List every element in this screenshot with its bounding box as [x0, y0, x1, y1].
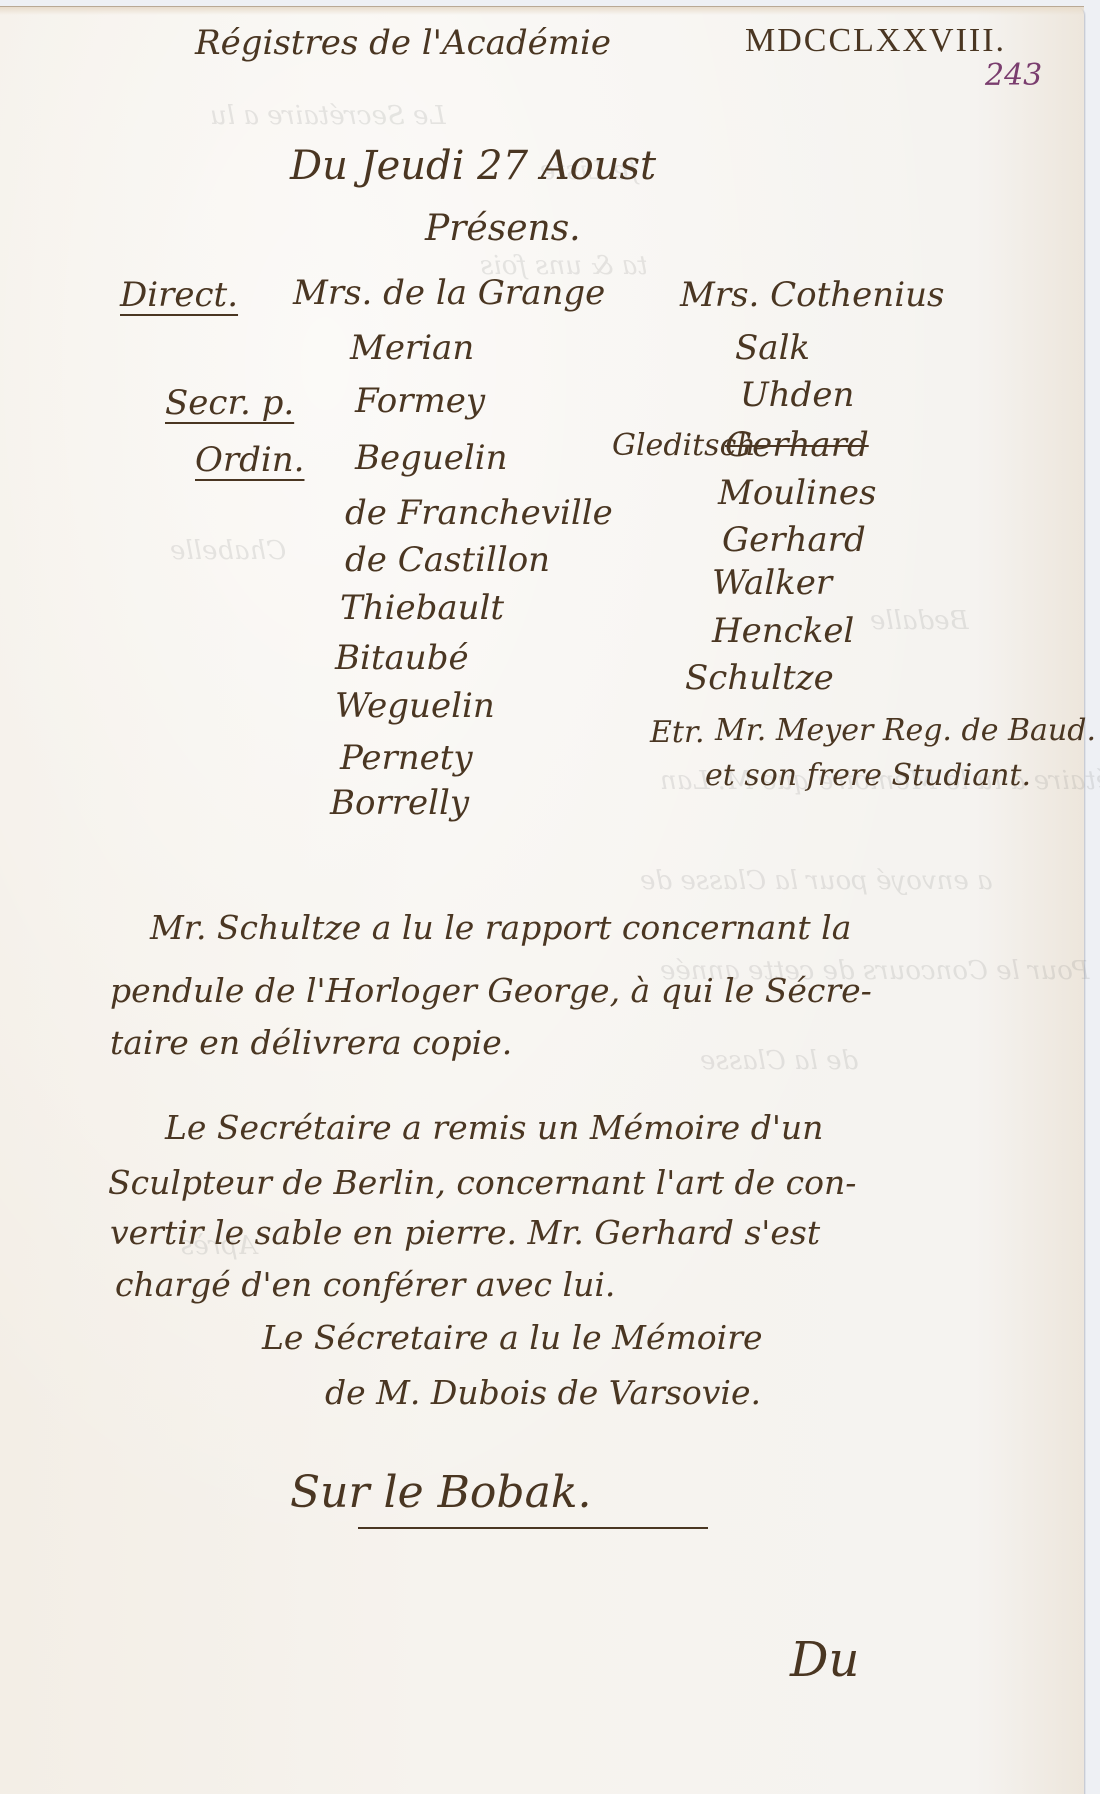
bleed-through-text: Le Secrétaire a lu — [210, 101, 446, 131]
role-label-ordinary: Ordin. — [195, 443, 304, 477]
subject-underline — [358, 1527, 708, 1529]
member-name: Formey — [355, 384, 485, 418]
subject-heading: Sur le Bobak. — [290, 1471, 591, 1515]
member-name: Bitaubé — [335, 641, 469, 675]
member-name: Thiebault — [340, 591, 504, 625]
member-name: Moulines — [718, 476, 876, 510]
guests-line-1: Mr. Meyer Reg. de Baud. — [715, 716, 1096, 746]
minute-2-line-1: Le Secrétaire a remis un Mémoire d'un — [165, 1111, 823, 1144]
member-name: Mrs. Cothenius — [680, 278, 944, 312]
register-title: Régistres de l'Académie — [195, 26, 611, 60]
member-name: Salk — [735, 331, 810, 365]
member-name: Borrelly — [330, 786, 469, 820]
member-name: Weguelin — [335, 689, 495, 723]
member-name: de Castillon — [345, 543, 550, 577]
catchword: Du — [790, 1636, 859, 1684]
folio-number: 243 — [985, 61, 1042, 91]
member-name: Merian — [350, 331, 474, 365]
role-label-director: Direct. — [120, 278, 238, 312]
role-label-secretary: Secr. p. — [165, 386, 294, 420]
session-date: Du Jeudi 27 Aoust — [290, 146, 656, 186]
minute-1-line-1: Mr. Schultze a lu le rapport concernant … — [150, 911, 851, 944]
minute-3-line-1: Le Sécretaire a lu le Mémoire — [262, 1321, 763, 1354]
member-name: Walker — [712, 566, 832, 600]
guests-label: Etr. — [650, 718, 705, 748]
member-name: Mrs. de la Grange — [293, 276, 605, 310]
member-name: Pernety — [340, 741, 473, 775]
bleed-through-text: de la Classe — [700, 1046, 858, 1076]
bleed-through-text: a envoyé pour la Classe de — [640, 866, 992, 896]
minute-1-line-2: pendule de l'Horloger George, à qui le S… — [110, 974, 872, 1007]
guests-line-2: et son frere Studiant. — [705, 761, 1031, 791]
year-roman: MDCCLXXVIII. — [745, 24, 1006, 58]
minute-2-line-4: chargé d'en conférer avec lui. — [115, 1268, 615, 1301]
minute-2-line-3: vertir le sable en pierre. Mr. Gerhard s… — [110, 1216, 820, 1249]
member-name: de Francheville — [345, 496, 613, 530]
member-name: Gerhard — [722, 523, 866, 557]
bleed-through-text: Bedalle — [870, 606, 969, 636]
minute-1-line-3: taire en délivrera copie. — [110, 1026, 512, 1059]
manuscript-page: Le Secrétaire a lu fe Liste ta & uns foi… — [0, 6, 1084, 1794]
minute-3-line-2: de M. Dubois de Varsovie. — [325, 1376, 761, 1409]
minute-2-line-2: Sculpteur de Berlin, concernant l'art de… — [108, 1166, 856, 1199]
member-name: Beguelin — [355, 441, 508, 475]
member-name: Henckel — [712, 614, 854, 648]
presents-heading: Présens. — [425, 211, 581, 247]
bleed-through-text: Chabelle — [170, 536, 286, 566]
struck-name: Gerhard — [725, 428, 869, 462]
member-name: Uhden — [740, 378, 854, 412]
member-name: Schultze — [685, 661, 834, 695]
